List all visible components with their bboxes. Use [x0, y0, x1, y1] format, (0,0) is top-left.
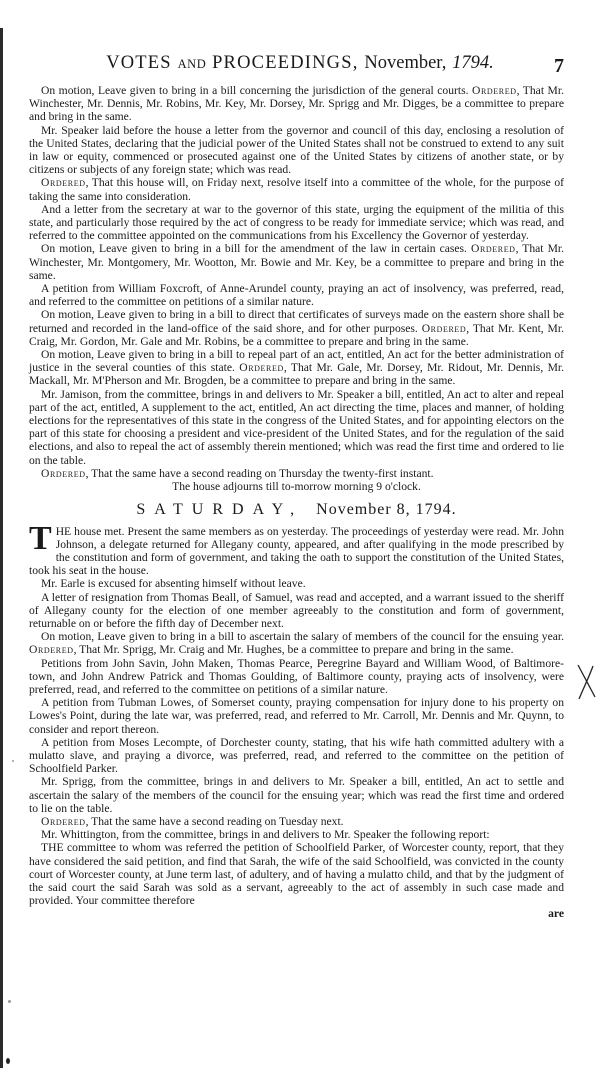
- paragraph-text: Mr. Whittington, from the committee, bri…: [41, 828, 490, 841]
- ordered-keyword: Ordered: [471, 242, 516, 255]
- paragraph-text: On motion, Leave given to bring in a bil…: [41, 630, 564, 643]
- paragraph-text: Mr. Jamison, from the committee, brings …: [29, 388, 564, 467]
- paragraph-text: Petitions from John Savin, John Maken, T…: [29, 657, 564, 696]
- ordered-keyword: Ordered: [239, 361, 284, 374]
- document-body: On motion, Leave given to bring in a bil…: [29, 84, 564, 921]
- proceeding-paragraph: A petition from Moses Lecompte, of Dorch…: [29, 736, 564, 776]
- paragraph-text: Mr. Sprigg, from the committee, brings i…: [29, 775, 564, 814]
- proceeding-paragraph: On motion, Leave given to bring in a bil…: [29, 630, 564, 656]
- day-date: November 8, 1794.: [316, 501, 457, 518]
- paragraph-text: And a letter from the secretary at war t…: [29, 203, 564, 242]
- paragraph-text: THE committee to whom was referred the p…: [29, 841, 564, 907]
- proceeding-paragraph: Ordered, That this house will, on Friday…: [29, 176, 564, 202]
- proceeding-paragraph: Mr. Sprigg, from the committee, brings i…: [29, 775, 564, 815]
- page-number: 7: [554, 55, 564, 78]
- drop-cap: T: [29, 526, 52, 552]
- proceeding-paragraph: THE committee to whom was referred the p…: [29, 841, 564, 907]
- paragraph-text: On motion, Leave given to bring in a bil…: [41, 242, 471, 255]
- adjournment-line: The house adjourns till to-morrow mornin…: [29, 480, 564, 493]
- proceeding-paragraph: A petition from Tubman Lowes, of Somerse…: [29, 696, 564, 736]
- proceeding-paragraph: A petition from William Foxcroft, of Ann…: [29, 282, 564, 308]
- header-title-proceedings: PROCEEDINGS,: [212, 53, 358, 73]
- scan-speck: [6, 1058, 10, 1064]
- paragraph-text: On motion, Leave given to bring in a bil…: [41, 84, 472, 97]
- proceeding-paragraph: On motion, Leave given to bring in a bil…: [29, 308, 564, 348]
- proceeding-paragraph: On motion, Leave given to bring in a bil…: [29, 84, 564, 124]
- order-text: , That the same have a second reading on…: [86, 467, 434, 480]
- ordered-keyword: Ordered: [41, 815, 86, 828]
- paragraph-text: A letter of resignation from Thomas Beal…: [29, 591, 564, 630]
- running-header: VOTES AND PROCEEDINGS, November, 1794.: [70, 53, 530, 74]
- scan-speck: [8, 1000, 11, 1003]
- paragraph-text: Mr. Speaker laid before the house a lett…: [29, 124, 564, 177]
- proceeding-paragraph: Mr. Jamison, from the committee, brings …: [29, 388, 564, 467]
- proceeding-paragraph: On motion, Leave given to bring in a bil…: [29, 348, 564, 388]
- ordered-keyword: Ordered: [472, 84, 517, 97]
- day-name: SATURDAY,: [136, 501, 303, 518]
- proceeding-paragraph: On motion, Leave given to bring in a bil…: [29, 242, 564, 282]
- ordered-keyword: Ordered: [422, 322, 467, 335]
- day-heading: SATURDAY, November 8, 1794.: [29, 503, 564, 516]
- header-month: November,: [364, 53, 446, 73]
- scan-speck: [12, 760, 14, 762]
- proceeding-paragraph: And a letter from the secretary at war t…: [29, 203, 564, 243]
- ordered-keyword: Ordered: [41, 467, 86, 480]
- proceeding-paragraph: Mr. Earle is excused for absenting himse…: [29, 577, 564, 590]
- saturday-opening-paragraph: THE house met. Present the same members …: [29, 525, 564, 578]
- proceeding-paragraph: Mr. Whittington, from the committee, bri…: [29, 828, 564, 841]
- order-text: , That the same have a second reading on…: [86, 815, 344, 828]
- order-text: , That Mr. Sprigg, Mr. Craig and Mr. Hug…: [74, 643, 514, 656]
- page-binding-edge: [0, 28, 3, 1068]
- paragraph-text: A petition from Tubman Lowes, of Somerse…: [29, 696, 564, 735]
- proceeding-paragraph: Ordered, That the same have a second rea…: [29, 815, 564, 828]
- ordered-keyword: Ordered: [29, 643, 74, 656]
- proceeding-paragraph: Mr. Speaker laid before the house a lett…: [29, 124, 564, 177]
- header-year: 1794.: [452, 53, 494, 73]
- ordered-keyword: Ordered: [41, 176, 86, 189]
- opening-text: HE house met. Present the same members a…: [29, 525, 564, 578]
- paragraph-text: A petition from Moses Lecompte, of Dorch…: [29, 736, 564, 775]
- saturday-proceedings: Mr. Earle is excused for absenting himse…: [29, 577, 564, 907]
- header-title-and: AND: [178, 57, 207, 71]
- friday-proceedings: On motion, Leave given to bring in a bil…: [29, 84, 564, 480]
- catchword: are: [29, 907, 564, 920]
- paragraph-text: Mr. Earle is excused for absenting himse…: [41, 577, 306, 590]
- order-text: , That this house will, on Friday next, …: [29, 176, 564, 202]
- handwritten-x-mark: [575, 663, 597, 701]
- paragraph-text: A petition from William Foxcroft, of Ann…: [29, 282, 564, 308]
- header-title-votes: VOTES: [106, 53, 172, 73]
- proceeding-paragraph: A letter of resignation from Thomas Beal…: [29, 591, 564, 631]
- proceeding-paragraph: Petitions from John Savin, John Maken, T…: [29, 657, 564, 697]
- proceeding-paragraph: Ordered, That the same have a second rea…: [29, 467, 564, 480]
